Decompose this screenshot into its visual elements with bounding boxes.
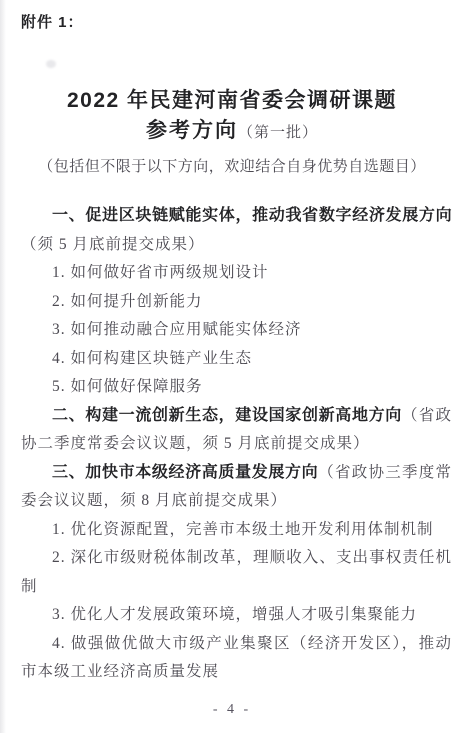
section-3-heading: 三、加快市本级经济高质量发展方向（省政协三季度常委会议议题，须 8 月底前提交成…: [21, 459, 452, 516]
section-1-item: 2. 如何提升创新能力: [21, 288, 452, 317]
section-2-heading: 二、构建一流创新生态，建设国家创新高地方向（省政协二季度常委会议议题，须 5 月…: [21, 402, 452, 459]
section-1-heading: 一、促进区块链赋能实体，推动我省数字经济发展方向（须 5 月底前提交成果）: [21, 202, 452, 259]
attachment-label: 附件 1：: [21, 11, 84, 32]
page-number: - 4 -: [0, 702, 464, 718]
section-3-item: 2. 深化市级财税体制改革，理顺收入、支出事权责任机制: [21, 544, 452, 601]
doc-subtitle: （包括但不限于以下方向，欢迎结合自身优势自选题目）: [0, 156, 464, 179]
section-3-item: 4. 做强做优做大市级产业集聚区（经济开发区），推动市本级工业经济高质量发展: [21, 630, 452, 687]
doc-title-line-2: 参考方向（第一批）: [0, 116, 464, 148]
doc-title-line-2-main: 参考方向: [146, 119, 238, 142]
section-3-heading-text: 三、加快市本级经济高质量发展方向: [52, 464, 318, 481]
document-page: 附件 1： 2022 年民建河南省委会调研课题 参考方向（第一批） （包括但不限…: [0, 0, 464, 733]
section-1-item: 5. 如何做好保障服务: [21, 373, 452, 402]
section-3-item: 3. 优化人才发展政策环境，增强人才吸引集聚能力: [21, 601, 452, 630]
section-1-item: 1. 如何做好省市两级规划设计: [21, 259, 452, 288]
section-1-item: 3. 如何推动融合应用赋能实体经济: [21, 316, 452, 345]
section-1-heading-text: 一、促进区块链赋能实体，推动我省数字经济发展方向: [52, 207, 452, 224]
doc-title-batch-note: （第一批）: [238, 125, 318, 141]
scan-smudge: [46, 60, 56, 68]
section-3-item: 1. 优化资源配置，完善市本级土地开发利用体制机制: [21, 516, 452, 545]
section-1-heading-note: （须 5 月底前提交成果）: [21, 236, 205, 253]
section-2-heading-text: 二、构建一流创新生态，建设国家创新高地方向: [52, 407, 402, 424]
doc-title-line-1: 2022 年民建河南省委会调研课题: [0, 86, 464, 116]
title-block: 2022 年民建河南省委会调研课题 参考方向（第一批） （包括但不限于以下方向，…: [0, 86, 464, 179]
section-1-item: 4. 如何构建区块链产业生态: [21, 345, 452, 374]
document-body: 一、促进区块链赋能实体，推动我省数字经济发展方向（须 5 月底前提交成果） 1.…: [21, 202, 452, 687]
